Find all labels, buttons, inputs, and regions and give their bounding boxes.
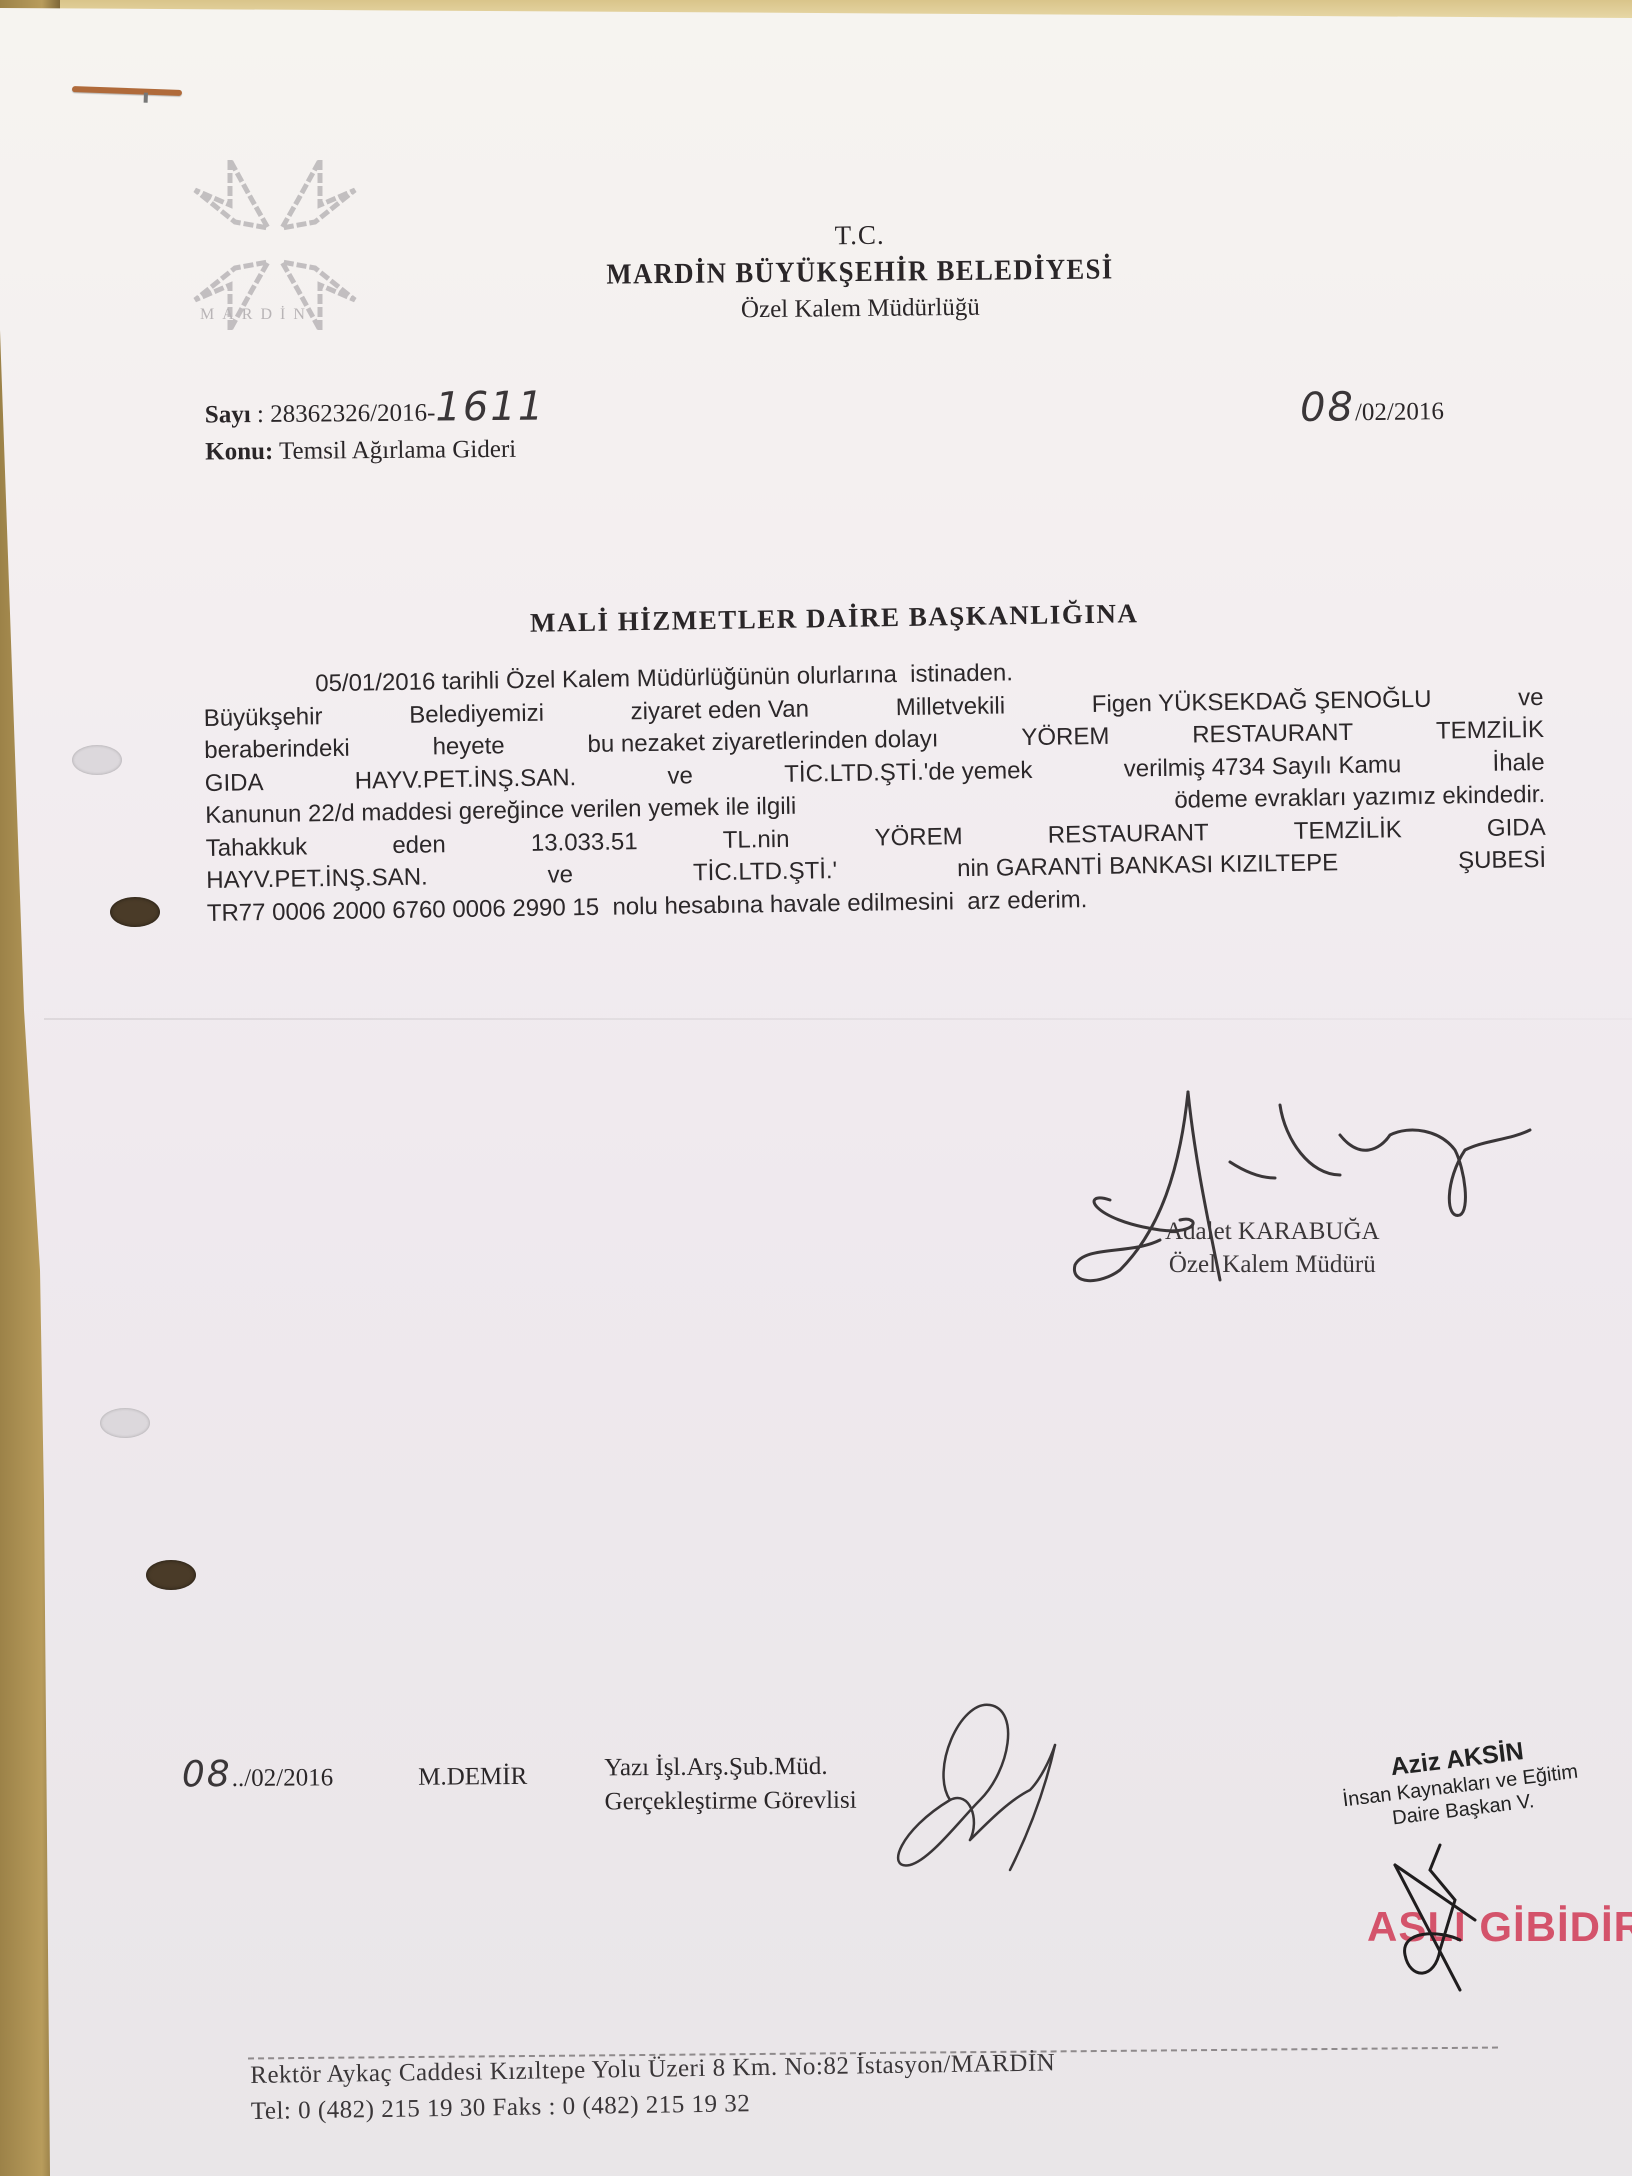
body-text-segment: beraberindeki bbox=[204, 733, 350, 768]
body-text-segment: TİC.LTD.ŞTİ.'de yemek bbox=[784, 754, 1033, 790]
body-text-segment: Büyükşehir bbox=[204, 701, 323, 735]
preparer-title-line2: Gerçekleştirme Görevlisi bbox=[604, 1784, 856, 1820]
body-text-segment: HAYV.PET.İNŞ.SAN. bbox=[206, 861, 428, 897]
body-text-segment: ŞUBESİ bbox=[1458, 844, 1547, 878]
reference-number: Sayı : 28362326/2016-1611 bbox=[205, 389, 546, 434]
signature-aksin-icon bbox=[1380, 1840, 1530, 2000]
body-text-segment: bu nezaket ziyaretlerinden dolayı bbox=[587, 723, 938, 761]
body-text-segment: ve bbox=[1518, 681, 1544, 714]
body-text-segment: verilmiş 4734 Sayılı Kamu bbox=[1124, 749, 1402, 786]
body-text-segment: TEMZİLİK bbox=[1294, 814, 1403, 848]
punch-hole bbox=[100, 1408, 150, 1438]
reference-subject: Konu: Temsil Ağırlama Gideri bbox=[205, 431, 546, 471]
signatory-title: Özel Kalem Müdürü bbox=[1165, 1248, 1380, 1281]
letterhead-unit: Özel Kalem Müdürlüğü bbox=[560, 289, 1160, 329]
reference-subject-value: Temsil Ağırlama Gideri bbox=[279, 436, 516, 465]
body-text-segment: GIDA bbox=[1487, 811, 1546, 844]
body-text-segment: ve bbox=[547, 859, 573, 892]
preparer-title-line1: Yazı İşl.Arş.Şub.Müd. bbox=[604, 1750, 856, 1786]
reference-block: Sayı : 28362326/2016-1611 Konu: Temsil A… bbox=[205, 389, 546, 471]
body-text-segment: ziyaret eden Van bbox=[630, 693, 809, 728]
reference-subject-label: Konu: bbox=[205, 438, 273, 466]
punch-hole bbox=[146, 1560, 196, 1590]
body-text-segment: nin GARANTİ BANKASI KIZILTEPE bbox=[957, 847, 1338, 885]
preparer-name: M.DEMİR bbox=[418, 1762, 598, 1791]
body-text-segment: TL.nin bbox=[723, 823, 790, 857]
preparer-date-handwritten-day: 08 bbox=[182, 1754, 232, 1795]
body-text-segment: İhale bbox=[1492, 746, 1545, 779]
punch-hole bbox=[72, 745, 122, 775]
preparer-date: 08../02/2016 bbox=[182, 1753, 412, 1796]
body-text-segment: TEMZİLİK bbox=[1436, 714, 1545, 748]
signatory-name: Adalet KARABUĞA bbox=[1165, 1215, 1380, 1248]
document-date-printed: /02/2016 bbox=[1355, 398, 1444, 426]
body-text-segment: Figen YÜKSEKDAĞ ŞENOĞLU bbox=[1092, 683, 1432, 721]
body-text-segment: 13.033.51 bbox=[531, 826, 638, 860]
body-text-segment: GIDA bbox=[205, 767, 264, 800]
preparer-title: Yazı İşl.Arş.Şub.Müd. Gerçekleştirme Gör… bbox=[604, 1750, 856, 1820]
logo-caption: MARDİN bbox=[200, 306, 313, 324]
letterhead: T.C. MARDİN BÜYÜKŞEHİR BELEDİYESİ Özel K… bbox=[559, 215, 1160, 329]
signature-demir-icon bbox=[880, 1690, 1080, 1880]
preparer-block: 08../02/2016 M.DEMİR Yazı İşl.Arş.Şub.Mü… bbox=[182, 1750, 857, 1823]
letter-body: 05/01/2016 tarihli Özel Kalem Müdürlüğün… bbox=[203, 649, 1547, 930]
body-text-segment: Tahakkuk bbox=[206, 831, 308, 865]
body-text-segment: Milletvekili bbox=[895, 690, 1005, 724]
preparer-date-printed: ../02/2016 bbox=[232, 1764, 334, 1792]
body-text-segment: RESTAURANT bbox=[1192, 717, 1353, 752]
reference-number-label: Sayı bbox=[205, 401, 251, 428]
document-date: 08/02/2016 bbox=[1300, 383, 1444, 431]
document-date-handwritten-day: 08 bbox=[1300, 384, 1356, 431]
body-text-segment: YÖREM bbox=[874, 821, 963, 855]
body-text-segment: HAYV.PET.İNŞ.SAN. bbox=[355, 762, 577, 798]
body-text-segment: YÖREM bbox=[1021, 721, 1110, 755]
body-text-segment: RESTAURANT bbox=[1048, 817, 1209, 852]
reference-number-handwritten: 1611 bbox=[435, 384, 545, 431]
signatory-block: Adalet KARABUĞA Özel Kalem Müdürü bbox=[1165, 1215, 1380, 1281]
letterhead-organization: MARDİN BÜYÜKŞEHİR BELEDİYESİ bbox=[584, 249, 1136, 295]
body-text-segment: TİC.LTD.ŞTİ.' bbox=[693, 855, 838, 890]
punch-hole bbox=[110, 897, 160, 927]
paper-fold bbox=[44, 1018, 1632, 1020]
footer-contact: Rektör Aykaç Caddesi Kızıltepe Yolu Üzer… bbox=[250, 2045, 1056, 2130]
body-text-segment: Belediyemizi bbox=[409, 697, 544, 732]
body-text-segment: heyete bbox=[432, 730, 505, 764]
reference-number-value: : 28362326/2016- bbox=[257, 399, 436, 428]
body-text-segment: eden bbox=[392, 829, 446, 862]
body-text-segment: ve bbox=[667, 760, 693, 793]
